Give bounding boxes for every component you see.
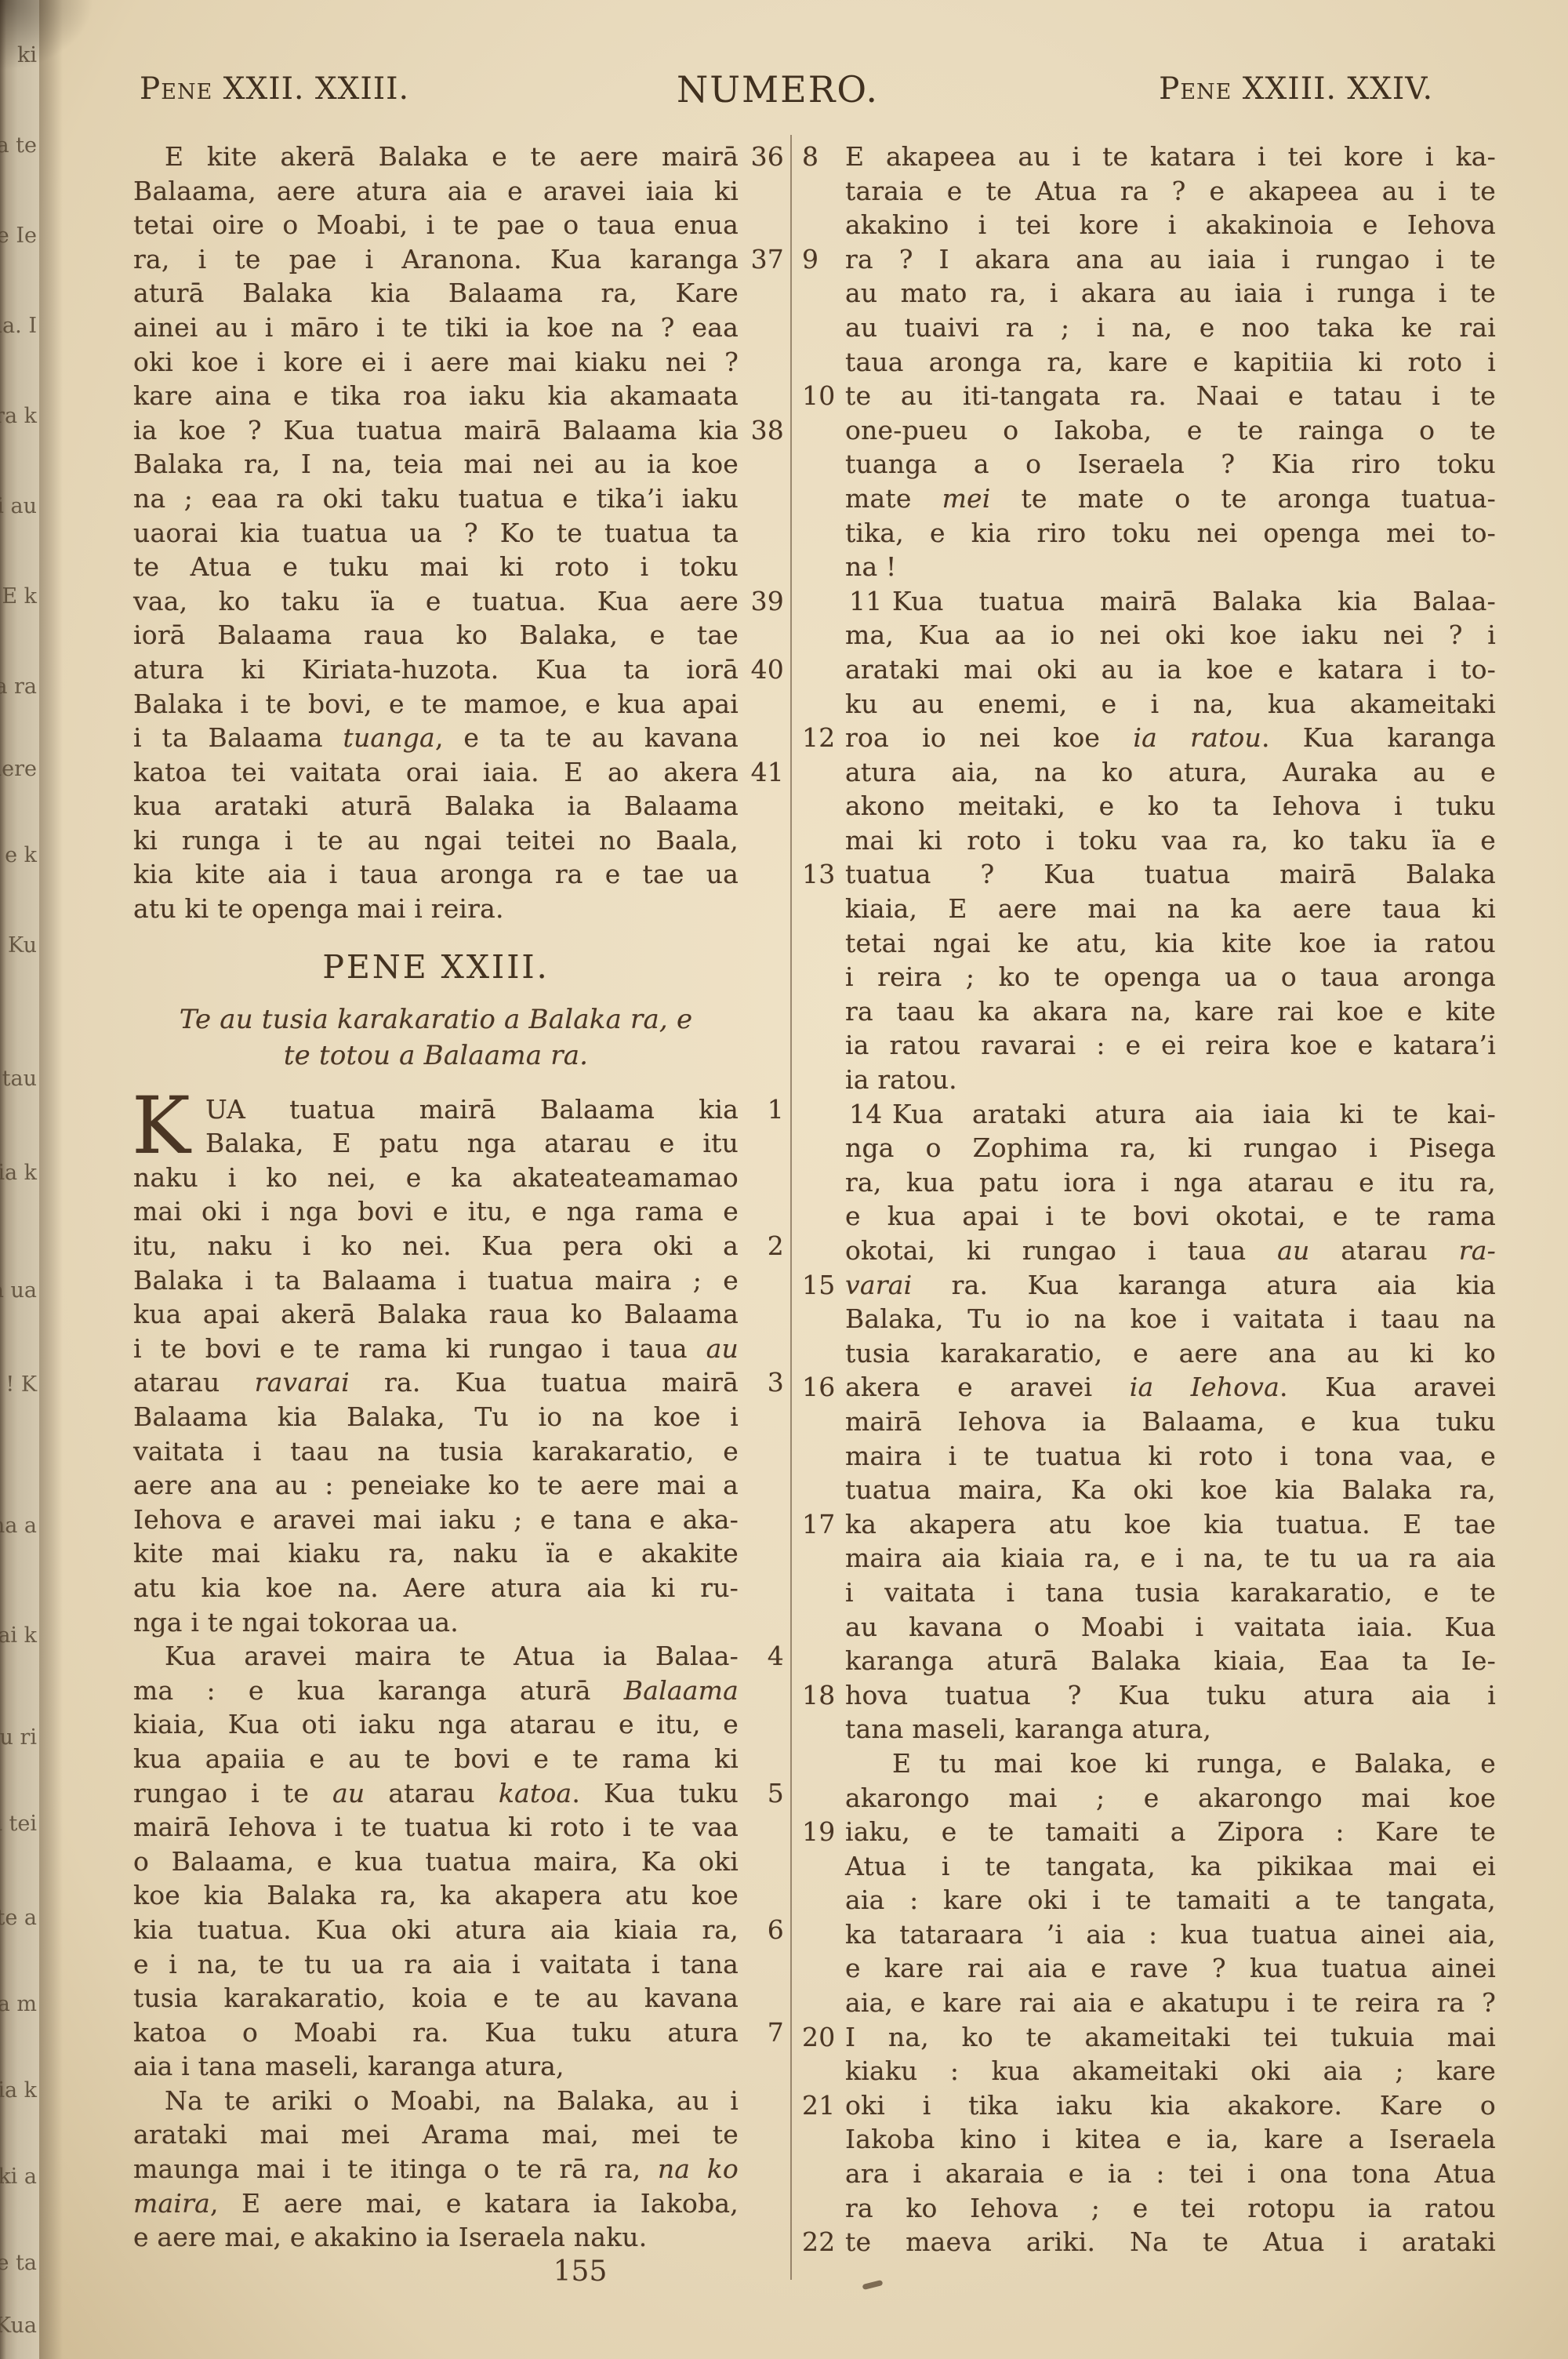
- verse-text: nga i te ngai tokoraa ua.: [133, 1607, 459, 1637]
- text-line: ainei au i māro i te tiki ia koe na ? ea…: [133, 311, 739, 345]
- verse-text: aia i tana maseli, karanga atura,: [133, 2051, 564, 2081]
- verse-text: kiaia, Kua oti iaku nga atarau e itu, e: [133, 1709, 739, 1739]
- verse-text: Kua tuatua mairā Balaka kia Balaa-: [892, 586, 1496, 616]
- text-line: aere ana au : peneiake ko te aere mai a: [133, 1468, 739, 1503]
- text-line: Na te ariki o Moabi, na Balaka, au i: [133, 2084, 739, 2118]
- text-line: Balaka i ta Balaama i tuatua maira ; e: [133, 1263, 739, 1298]
- text-line: ara i akaraia e ia : tei i ona tona Atua: [845, 2157, 1496, 2191]
- text-line: katoa tei vaitata orai iaia. E ao akera4…: [133, 755, 739, 790]
- text-line: atura ki Kiriata-huzota. Kua ta iorā40: [133, 652, 739, 687]
- verse-text: akarongo mai ; e akarongo mai koe: [845, 1783, 1496, 1813]
- verse-text: ra, kua patu iora i nga atarau e itu ra,: [845, 1167, 1496, 1198]
- corner-shadow: [0, 0, 94, 71]
- verse-text: au kavana o Moabi i vaitata iaia. Kua: [845, 1612, 1496, 1642]
- verse-text: Balaka i ta Balaama i tuatua maira ; e: [133, 1265, 739, 1296]
- text-line: katoa o Moabi ra. Kua tuku atura7: [133, 2016, 739, 2050]
- text-line: mairā Iehova i te tuatua ki roto i te va…: [133, 1810, 739, 1845]
- text-line: tuanga a o Iseraela ? Kia riro toku: [845, 447, 1496, 482]
- verse-text: nga o Zophima ra, ki rungao i Pisega: [845, 1132, 1496, 1163]
- verse-text: katoa tei vaitata orai iaia. E ao akera: [133, 757, 739, 787]
- verse-number: 2: [768, 1229, 784, 1263]
- verse-text: iaku, e te tamaiti a Zipora : Kare te: [845, 1816, 1496, 1847]
- verse-text: mai ki roto i toku vaa ra, ko taku ïa e: [845, 825, 1496, 856]
- chapter-22-verses: E kite akerā Balaka e te aere mairā36Bal…: [133, 140, 739, 926]
- verse-text: oki i tika iaku kia akakore. Kare o: [845, 2090, 1496, 2121]
- text-line: Iakoba kino i kitea e ia, kare a Iserael…: [845, 2122, 1496, 2157]
- left-column: E kite akerā Balaka e te aere mairā36Bal…: [133, 140, 739, 2255]
- verse-text: kare aina e tika roa iaku kia akamaata: [133, 380, 739, 411]
- gutter-text-fragment: oki a: [0, 2165, 37, 2189]
- gutter-text-fragment: ku ri: [0, 1725, 37, 1750]
- text-line: ka akapera atu koe kia tuatua. E tae17: [845, 1507, 1496, 1542]
- text-line: akera e aravei ia Iehova. Kua aravei16: [845, 1370, 1496, 1405]
- verse-text: Balaka, E patu nga atarau e itu: [205, 1128, 739, 1158]
- verse-text: Iakoba kino i kitea e ia, kare a Iserael…: [845, 2124, 1496, 2154]
- text-line: tuatua ? Kua tuatua mairā Balaka13: [845, 857, 1496, 892]
- chapter-heading: PENE XXIII.: [133, 947, 739, 987]
- verse-text: ku au enemi, e i na, kua akameitaki: [845, 689, 1496, 719]
- verse-text: varai ra. Kua karanga atura aia kia: [845, 1270, 1496, 1300]
- text-line: maira i te tuatua ki roto i tona vaa, e: [845, 1439, 1496, 1474]
- text-line: mai ki roto i toku vaa ra, ko taku ïa e: [845, 823, 1496, 858]
- verse-text: itu, naku i ko nei. Kua pera oki a: [133, 1230, 739, 1261]
- text-line: na ; eaa ra oki taku tuatua e tika’i iak…: [133, 482, 739, 516]
- text-line: vaitata i taau na tusia karakaratio, e: [133, 1434, 739, 1469]
- text-line: E tu mai koe ki runga, e Balaka, e: [845, 1747, 1496, 1781]
- verse-number: 7: [768, 2016, 784, 2050]
- text-line: mai oki i nga bovi e itu, e nga rama e: [133, 1194, 739, 1229]
- verse-text: te au iti-tangata ra. Naai e tatau i te: [845, 380, 1496, 411]
- column-divider-rule: [790, 135, 792, 2280]
- verse-text: E tu mai koe ki runga, e Balaka, e: [892, 1748, 1496, 1779]
- verse-text: au tuaivi ra ; i na, e noo taka ke rai: [845, 312, 1496, 343]
- verse-text: arataki mai oki au ia koe e katara i to-: [845, 654, 1496, 685]
- verse-text: Balaka, Tu io na koe i vaitata i taau na: [845, 1303, 1496, 1334]
- verse-text: ra ko Iehova ; e tei rotopu ia ratou: [845, 2193, 1496, 2223]
- verse-text: e kua apai i te bovi okotai, e te rama: [845, 1201, 1496, 1231]
- text-line: Kua tuatua mairā Balaka kia Balaa-11: [845, 584, 1496, 619]
- running-header-left: Pene XXII. XXIII.: [140, 69, 409, 110]
- text-line: au kavana o Moabi i vaitata iaia. Kua: [845, 1610, 1496, 1645]
- verse-text: vaa, ko taku ïa e tuatua. Kua aere: [133, 586, 739, 616]
- text-line: kua apaiia e au te bovi e te rama ki: [133, 1742, 739, 1776]
- verse-number: 8: [802, 140, 818, 174]
- text-line: vaa, ko taku ïa e tuatua. Kua aere39: [133, 584, 739, 619]
- verse-number: 3: [768, 1365, 784, 1400]
- text-line: au mato ra, i akara au iaia i runga i te: [845, 276, 1496, 311]
- verse-text: mairā Iehova i te tuatua ki roto i te va…: [133, 1812, 739, 1842]
- text-line: akarongo mai ; e akarongo mai koe: [845, 1781, 1496, 1816]
- gutter-text-fragment: aia k: [0, 2078, 37, 2103]
- verse-text: Iehova e aravei mai iaku ; e tana e aka-: [133, 1504, 739, 1535]
- text-line: kia kite aia i taua aronga ra e tae ua: [133, 857, 739, 892]
- text-line: I na, ko te akameitaki tei tukuia mai20: [845, 2020, 1496, 2055]
- text-line: ia ratou ravarai : e ei reira koe e kata…: [845, 1028, 1496, 1063]
- verse-text: ia koe ? Kua tuatua mairā Balaama kia: [133, 415, 739, 445]
- verse-text: mate mei te mate o te aronga tuatua-: [845, 483, 1496, 514]
- text-line: kare aina e tika roa iaku kia akamaata: [133, 379, 739, 413]
- verse-text: ra taau ka akara na, kare rai koe e kite: [845, 996, 1496, 1027]
- text-line: kua apai akerā Balaka raua ko Balaama: [133, 1297, 739, 1332]
- verse-text: i te bovi e te rama ki rungao i taua au: [133, 1333, 739, 1364]
- verse-number: 18: [802, 1678, 835, 1713]
- text-line: Balaama kia Balaka, Tu io na koe i: [133, 1400, 739, 1434]
- text-line: i reira ; ko te openga ua o taua aronga: [845, 960, 1496, 994]
- verse-text: na ; eaa ra oki taku tuatua e tika’i iak…: [133, 483, 739, 514]
- verse-text: UA tuatua mairā Balaama kia: [205, 1094, 739, 1125]
- text-line: Balaka, E patu nga atarau e itu: [133, 1126, 739, 1161]
- verse-text: E akapeea au i te katara i tei kore i ka…: [845, 141, 1496, 172]
- verse-text: te maeva ariki. Na te Atua i arataki: [845, 2226, 1496, 2257]
- verse-number: 21: [802, 2088, 835, 2123]
- text-line: uaorai kia tuatua ua ? Ko te tuatua ta: [133, 516, 739, 551]
- text-line: arataki mai oki au ia koe e katara i to-: [845, 652, 1496, 687]
- text-line: kiaia, E aere mai na ka aere taua ki: [845, 892, 1496, 926]
- verse-text: kia tuatua. Kua oki atura aia kiaia ra,: [133, 1914, 739, 1945]
- text-line: kiaku : kua akameitaki oki aia ; kare: [845, 2054, 1496, 2088]
- verse-number: 15: [802, 1268, 835, 1303]
- page-number: 155: [502, 2255, 659, 2288]
- verse-number: 22: [802, 2225, 835, 2259]
- verse-text: kite mai kiaku ra, naku ïa e akakite: [133, 1538, 739, 1568]
- text-line: ia ratou.: [845, 1063, 1496, 1097]
- text-line: mairā Iehova ia Balaama, e kua tuku: [845, 1405, 1496, 1439]
- text-line: E kite akerā Balaka e te aere mairā36: [133, 140, 739, 174]
- chapter-23-verses: KUA tuatua mairā Balaama kia1Balaka, E p…: [133, 1092, 739, 2255]
- text-line: Atua i te tangata, ka pikikaa mai ei: [845, 1849, 1496, 1884]
- verse-text: aia, e kare rai aia e akatupu i te reira…: [845, 1987, 1496, 2018]
- facing-page-edge: kia tee Ieua. Ira ki auE kva raaerena, e…: [0, 0, 39, 2359]
- verse-text: karanga aturā Balaka kiaia, Eaa ta Ie-: [845, 1645, 1496, 1676]
- text-line: one-pueu o Iakoba, e te rainga o te: [845, 413, 1496, 448]
- gutter-text-fragment: na, e k: [0, 843, 37, 867]
- text-line: ma : e kua karanga aturā Balaama: [133, 1674, 739, 1708]
- text-line: te maeva ariki. Na te Atua i arataki22: [845, 2225, 1496, 2259]
- text-line: Balaka i te bovi, e te mamoe, e kua apai: [133, 687, 739, 722]
- verse-number: 20: [802, 2020, 835, 2055]
- verse-text: naku i ko nei, e ka akateateamamao: [133, 1162, 739, 1193]
- text-line: e i na, te tu ua ra aia i vaitata i tana: [133, 1947, 739, 1982]
- verse-text: atura ki Kiriata-huzota. Kua ta iorā: [133, 654, 739, 685]
- verse-number: 11: [802, 584, 882, 619]
- text-line: ia koe ? Kua tuatua mairā Balaama kia38: [133, 413, 739, 448]
- verse-number: 1: [768, 1092, 784, 1127]
- verse-text: tetai oire o Moabi, i te pae o taua enua: [133, 209, 739, 240]
- text-line: ka tataraara ’i aia : kua tuatua ainei a…: [845, 1917, 1496, 1952]
- text-line: maira aia kiaia ra, e i na, te tu ua ra …: [845, 1541, 1496, 1576]
- text-line: Balaka ra, I na, teia mai nei au ia koe: [133, 447, 739, 482]
- text-line: au tuaivi ra ; i na, e noo taka ke rai: [845, 311, 1496, 345]
- verse-text: hova tuatua ? Kua tuku atura aia i: [845, 1680, 1496, 1710]
- verse-text: tusia karakaratio, e aere ana au ki ko: [845, 1338, 1496, 1369]
- text-line: maira, E aere mai, e katara ia Iakoba,: [133, 2186, 739, 2221]
- verse-text: koe kia Balaka ra, ka akapera atu koe: [133, 1880, 739, 1910]
- text-line: aia, e kare rai aia e akatupu i te reira…: [845, 1986, 1496, 2020]
- verse-text: tana maseli, karanga atura,: [845, 1714, 1211, 1744]
- text-line: E akapeea au i te katara i tei kore i ka…: [845, 140, 1496, 174]
- text-line: varai ra. Kua karanga atura aia kia15: [845, 1268, 1496, 1303]
- verse-text: tika, e kia riro toku nei openga mei to-: [845, 518, 1496, 548]
- text-line: i te bovi e te rama ki rungao i taua au: [133, 1332, 739, 1366]
- verse-text: na !: [845, 551, 896, 582]
- text-line: rungao i te au atarau katoa. Kua tuku5: [133, 1776, 739, 1811]
- verse-number: 36: [720, 140, 784, 174]
- verse-text: atarau ravarai ra. Kua tuatua mairā: [133, 1367, 739, 1398]
- text-line: atu kia koe na. Aere atura aia ki ru-: [133, 1571, 739, 1605]
- verse-text: akono meitaki, e ko ta Iehova i tuku: [845, 791, 1496, 821]
- text-line: tetai ngai ke atu, kia kite koe ia ratou: [845, 926, 1496, 961]
- gutter-text-fragment: aere: [0, 757, 37, 781]
- gutter-text-fragment: nga ! K: [0, 1372, 37, 1397]
- text-line: kia tuatua. Kua oki atura aia kiaia ra,6: [133, 1913, 739, 1947]
- verse-text: ainei au i māro i te tiki ia koe na ? ea…: [133, 312, 739, 343]
- verse-text: roa io nei koe ia ratou. Kua karanga: [845, 722, 1496, 753]
- verse-number: 19: [802, 1815, 835, 1849]
- text-line: karanga aturā Balaka kiaia, Eaa ta Ie-: [845, 1644, 1496, 1678]
- verse-text: Balaka i te bovi, e te mamoe, e kua apai: [133, 689, 739, 719]
- right-column-verses: E akapeea au i te katara i tei kore i ka…: [845, 140, 1496, 2259]
- verse-text: ka akapera atu koe kia tuatua. E tae: [845, 1509, 1496, 1539]
- text-line: kiaia, Kua oti iaku nga atarau e itu, e: [133, 1707, 739, 1742]
- verse-text: maira i te tuatua ki roto i tona vaa, e: [845, 1441, 1496, 1471]
- verse-number: 6: [768, 1913, 784, 1947]
- text-line: i vaitata i tana tusia karakaratio, e te: [845, 1576, 1496, 1610]
- verse-text: arataki mai mei Arama mai, mei te: [133, 2119, 739, 2150]
- text-line: oki koe i kore ei i aere mai kiaku nei ?: [133, 345, 739, 380]
- verse-text: ara i akaraia e ia : tei i ona tona Atua: [845, 2158, 1496, 2189]
- chapter-subtitle-line: Te au tusia karakaratio a Balaka ra, e: [133, 1001, 739, 1038]
- scanned-book-page: kia tee Ieua. Ira ki auE kva raaerena, e…: [0, 0, 1568, 2359]
- text-line: Kua aravei maira te Atua ia Balaa-4: [133, 1639, 739, 1674]
- right-column: E akapeea au i te katara i tei kore i ka…: [845, 140, 1496, 2259]
- text-line: taua aronga ra, kare e kapitiia ki roto …: [845, 345, 1496, 380]
- gutter-text-fragment: i tei: [0, 1812, 37, 1836]
- verse-number: 4: [736, 1639, 784, 1674]
- text-line: taraia e te Atua ra ? e akapeea au i te: [845, 174, 1496, 209]
- verse-text: Kua aravei maira te Atua ia Balaa-: [165, 1641, 739, 1671]
- verse-text: I na, ko te akameitaki tei tukuia mai: [845, 2022, 1496, 2052]
- verse-number: 12: [802, 721, 835, 755]
- verse-text: aia : kare oki i te tamaiti a te tangata…: [845, 1885, 1496, 1915]
- verse-text: mai oki i nga bovi e itu, e nga rama e: [133, 1196, 739, 1227]
- text-line: akakino i tei kore i akakinoia e Iehova: [845, 208, 1496, 242]
- text-line: itu, naku i ko nei. Kua pera oki a2: [133, 1229, 739, 1263]
- ink-smudge: [862, 2280, 884, 2290]
- text-line: roa io nei koe ia ratou. Kua karanga12: [845, 721, 1496, 755]
- text-line: iorā Balaama raua ko Balaka, e tae: [133, 618, 739, 652]
- verse-text: i vaitata i tana tusia karakaratio, e te: [845, 1577, 1496, 1608]
- verse-text: Kua arataki atura aia iaia ki te kai-: [892, 1099, 1496, 1129]
- verse-text: maunga mai i te itinga o te rā ra, na ko: [133, 2154, 739, 2184]
- text-line: e kua apai i te bovi okotai, e te rama: [845, 1199, 1496, 1234]
- gutter-text-fragment: e ta: [0, 2251, 37, 2275]
- verse-text: kiaia, E aere mai na ka aere taua ki: [845, 893, 1496, 924]
- gutter-text-fragment: a o tau: [0, 1067, 37, 1091]
- text-line: tetai oire o Moabi, i te pae o taua enua: [133, 208, 739, 242]
- verse-text: rungao i te au atarau katoa. Kua tuku: [133, 1778, 739, 1808]
- gutter-text-fragment: va ra: [0, 674, 37, 699]
- verse-number: 37: [751, 242, 784, 277]
- verse-text: atu ki te openga mai i reira.: [133, 893, 504, 924]
- text-line: ra, kua patu iora i nga atarau e itu ra,: [845, 1165, 1496, 1200]
- chapter-subtitle-line: te totou a Balaama ra.: [133, 1038, 739, 1074]
- text-line: e aere mai, e akakino ia Iseraela naku.: [133, 2220, 739, 2255]
- text-line: aia i tana maseli, karanga atura,: [133, 2049, 739, 2084]
- text-line: mate mei te mate o te aronga tuatua-: [845, 482, 1496, 516]
- verse-text: vaitata i taau na tusia karakaratio, e: [133, 1436, 739, 1467]
- verse-text: atura aia, na ko atura, Auraka au e: [845, 757, 1496, 787]
- verse-number: 5: [768, 1776, 784, 1811]
- gutter-text-fragment: kite a: [0, 1906, 37, 1930]
- verse-text: akakino i tei kore i akakinoia e Iehova: [845, 209, 1496, 240]
- verse-text: i reira ; ko te openga ua o taua aronga: [845, 961, 1496, 992]
- verse-number: 14: [802, 1097, 882, 1132]
- text-line: okotai, ki rungao i taua au atarau ra-: [845, 1234, 1496, 1268]
- text-line: akono meitaki, e ko ta Iehova i tuku: [845, 789, 1496, 823]
- gutter-text-fragment: 1. Ku: [0, 933, 37, 958]
- gutter-text-fragment: a kia k: [0, 1161, 37, 1185]
- text-line: Balaka, Tu io na koe i vaitata i taau na: [845, 1302, 1496, 1336]
- text-line: atu ki te openga mai i reira.: [133, 892, 739, 926]
- text-line: ra ko Iehova ; e tei rotopu ia ratou: [845, 2191, 1496, 2226]
- verse-text: ia ratou.: [845, 1064, 957, 1095]
- verse-number: 10: [802, 379, 835, 413]
- text-line: nga i te ngai tokoraa ua.: [133, 1605, 739, 1640]
- text-line: te au iti-tangata ra. Naai e tatau i te1…: [845, 379, 1496, 413]
- text-line: KUA tuatua mairā Balaama kia1: [133, 1092, 739, 1127]
- verse-text: katoa o Moabi ra. Kua tuku atura: [133, 2017, 739, 2048]
- gutter-text-fragment: a te: [0, 133, 37, 158]
- verse-text: Na te ariki o Moabi, na Balaka, au i: [165, 2085, 739, 2116]
- text-line: tusia karakaratio, e aere ana au ki ko: [845, 1336, 1496, 1371]
- text-line: Balaama, aere atura aia e aravei iaia ki: [133, 174, 739, 209]
- verse-text: o Balaama, e kua tuatua maira, Ka oki: [133, 1846, 739, 1877]
- verse-text: kua apaiia e au te bovi e te rama ki: [133, 1743, 739, 1774]
- verse-text: atu kia koe na. Aere atura aia ki ru-: [133, 1572, 739, 1603]
- text-line: e kare rai aia e rave ? kua tuatua ainei: [845, 1951, 1496, 1986]
- text-line: o Balaama, e kua tuatua maira, Ka oki: [133, 1845, 739, 1879]
- text-line: na !: [845, 550, 1496, 584]
- gutter-text-fragment: E k: [2, 584, 37, 609]
- verse-text: kiaku : kua akameitaki oki aia ; kare: [845, 2055, 1496, 2086]
- verse-text: one-pueu o Iakoba, e te rainga o te: [845, 415, 1496, 445]
- verse-text: tuanga a o Iseraela ? Kia riro toku: [845, 449, 1496, 479]
- verse-text: mairā Iehova ia Balaama, e kua tuku: [845, 1406, 1496, 1437]
- verse-text: tusia karakaratio, koia e te au kavana: [133, 1983, 739, 2013]
- text-line: ki runga i te au ngai teitei no Baala,: [133, 823, 739, 858]
- verse-text: tuatua ? Kua tuatua mairā Balaka: [845, 859, 1496, 889]
- verse-text: tetai ngai ke atu, kia kite koe ia ratou: [845, 928, 1496, 958]
- text-line: te Atua e tuku mai ki roto i toku: [133, 550, 739, 584]
- verse-text: ki runga i te au ngai teitei no Baala,: [133, 825, 739, 856]
- verse-text: taua aronga ra, kare e kapitiia ki roto …: [845, 347, 1496, 377]
- page-crease-shadow: [39, 0, 63, 2359]
- gutter-text-fragment: e Ie: [0, 224, 37, 248]
- verse-text: Atua i te tangata, ka pikikaa mai ei: [845, 1851, 1496, 1881]
- gutter-text-fragment: ra k: [0, 404, 37, 428]
- verse-text: e kare rai aia e rave ? kua tuatua ainei: [845, 1953, 1496, 1983]
- text-line: nga o Zophima ra, ki rungao i Pisega: [845, 1131, 1496, 1165]
- verse-number: 13: [802, 857, 835, 892]
- gutter-text-fragment: i au: [0, 494, 37, 518]
- verse-text: ma, Kua aa io nei oki koe iaku nei ? i: [845, 620, 1496, 650]
- verse-text: ka tataraara ’i aia : kua tuatua ainei a…: [845, 1919, 1496, 1950]
- gutter-text-fragment: tana a: [0, 1514, 37, 1538]
- verse-text: te Atua e tuku mai ki roto i toku: [133, 551, 739, 582]
- verse-text: aere ana au : peneiake ko te aere mai a: [133, 1470, 739, 1500]
- text-line: aturā Balaka kia Balaama ra, Kare: [133, 276, 739, 311]
- text-line: atarau ravarai ra. Kua tuatua mairā3: [133, 1365, 739, 1400]
- verse-text: i ta Balaama tuanga, e ta te au kavana: [133, 722, 739, 753]
- text-line: tana maseli, karanga atura,: [845, 1712, 1496, 1747]
- verse-text: E kite akerā Balaka e te aere mairā: [165, 141, 739, 172]
- verse-text: ia ratou ravarai : e ei reira koe e kata…: [845, 1030, 1496, 1060]
- gutter-text-fragment: Kua: [0, 2314, 37, 2338]
- verse-text: oki koe i kore ei i aere mai kiaku nei ?: [133, 347, 739, 377]
- text-line: hova tuatua ? Kua tuku atura aia i18: [845, 1678, 1496, 1713]
- text-line: naku i ko nei, e ka akateateamamao: [133, 1161, 739, 1195]
- verse-text: Balaama, aere atura aia e aravei iaia ki: [133, 176, 739, 206]
- text-line: tusia karakaratio, koia e te au kavana: [133, 1981, 739, 2016]
- text-line: tika, e kia riro toku nei openga mei to-: [845, 516, 1496, 551]
- gutter-text-fragment: ua. I: [0, 314, 37, 338]
- verse-text: Balaama kia Balaka, Tu io na koe i: [133, 1401, 739, 1432]
- verse-text: maira, E aere mai, e katara ia Iakoba,: [133, 2188, 739, 2219]
- verse-text: ra, i te pae i Aranona. Kua karanga: [133, 244, 739, 274]
- running-header-title: NUMERO.: [464, 69, 1091, 110]
- verse-text: iorā Balaama raua ko Balaka, e tae: [133, 620, 739, 650]
- text-line: ra ? I akara ana au iaia i rungao i te9: [845, 242, 1496, 277]
- text-line: Iehova e aravei mai iaku ; e tana e aka-: [133, 1503, 739, 1537]
- text-line: maunga mai i te itinga o te rā ra, na ko: [133, 2152, 739, 2186]
- text-line: kite mai kiaku ra, naku ïa e akakite: [133, 1536, 739, 1571]
- text-line: ku au enemi, e i na, kua akameitaki: [845, 687, 1496, 722]
- gutter-text-fragment: ua m: [0, 1992, 37, 2016]
- verse-number: 9: [802, 242, 818, 277]
- verse-text: tuatua maira, Ka oki koe kia Balaka ra,: [845, 1474, 1496, 1505]
- verse-text: kua arataki aturā Balaka ia Balaama: [133, 791, 739, 821]
- text-line: atura aia, na ko atura, Auraka au e: [845, 755, 1496, 790]
- gutter-text-fragment: mai k: [0, 1623, 37, 1648]
- verse-number: 17: [802, 1507, 835, 1542]
- verse-text: ma : e kua karanga aturā Balaama: [133, 1675, 739, 1706]
- text-line: ra taau ka akara na, kare rai koe e kite: [845, 994, 1496, 1029]
- verse-text: e aere mai, e akakino ia Iseraela naku.: [133, 2222, 647, 2252]
- verse-number: 16: [802, 1370, 835, 1405]
- verse-text: aturā Balaka kia Balaama ra, Kare: [133, 278, 739, 308]
- verse-text: taraia e te Atua ra ? e akapeea au i te: [845, 176, 1496, 206]
- gutter-text-fragment: i ta ua: [0, 1278, 37, 1303]
- text-line: i ta Balaama tuanga, e ta te au kavana: [133, 721, 739, 755]
- text-line: arataki mai mei Arama mai, mei te: [133, 2117, 739, 2152]
- verse-text: okotai, ki rungao i taua au atarau ra-: [845, 1235, 1496, 1266]
- verse-number: 40: [751, 652, 784, 687]
- verse-text: maira aia kiaia ra, e i na, te tu ua ra …: [845, 1543, 1496, 1573]
- text-line: oki i tika iaku kia akakore. Kare o21: [845, 2088, 1496, 2123]
- verse-text: au mato ra, i akara au iaia i runga i te: [845, 278, 1496, 308]
- verse-text: akera e aravei ia Iehova. Kua aravei: [845, 1372, 1496, 1402]
- text-line: ma, Kua aa io nei oki koe iaku nei ? i: [845, 618, 1496, 652]
- verse-text: kua apai akerā Balaka raua ko Balaama: [133, 1299, 739, 1329]
- text-line: aia : kare oki i te tamaiti a te tangata…: [845, 1883, 1496, 1917]
- verse-text: Balaka ra, I na, teia mai nei au ia koe: [133, 449, 739, 479]
- verse-number: 39: [751, 584, 784, 619]
- running-header-right: Pene XXIII. XXIV.: [1159, 69, 1433, 110]
- text-line: kua arataki aturā Balaka ia Balaama: [133, 789, 739, 823]
- verse-number: 38: [751, 413, 784, 448]
- text-line: ra, i te pae i Aranona. Kua karanga37: [133, 242, 739, 277]
- verse-text: ra ? I akara ana au iaia i rungao i te: [845, 244, 1496, 274]
